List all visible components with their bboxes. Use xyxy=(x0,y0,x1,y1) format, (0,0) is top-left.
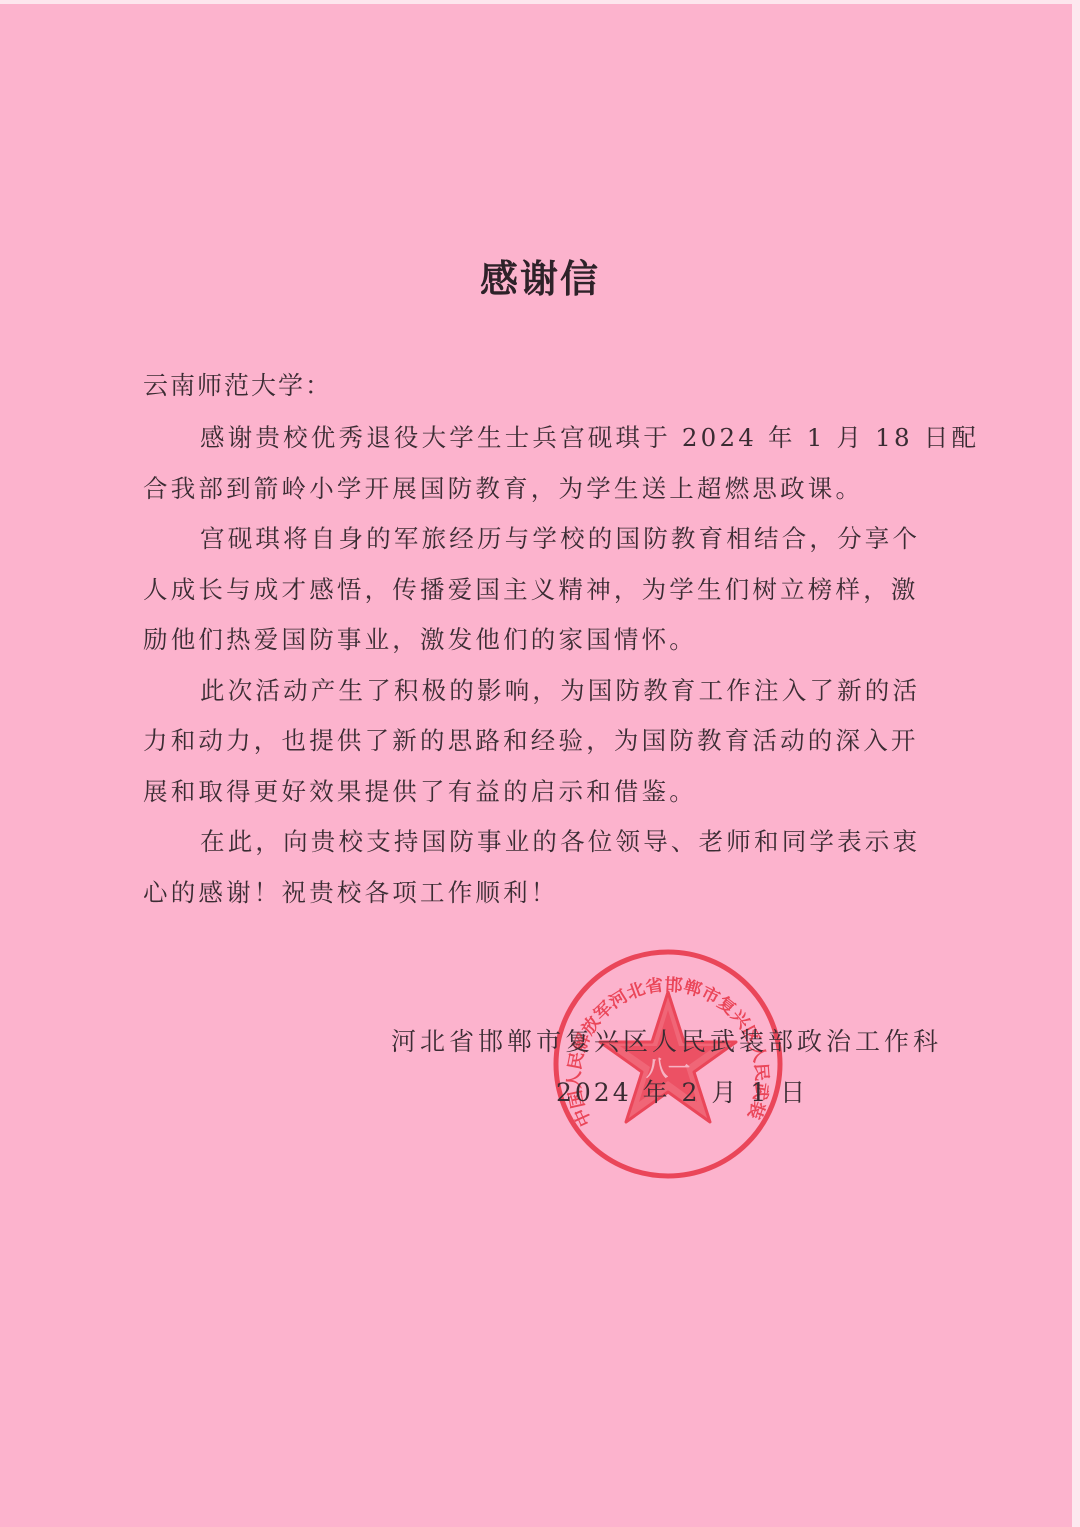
text-line: 感谢贵校优秀退役大学生士兵宫砚琪于 2024 年 1 月 18 日配 xyxy=(143,413,943,464)
paragraph-1: 感谢贵校优秀退役大学生士兵宫砚琪于 2024 年 1 月 18 日配 合我部到箭… xyxy=(143,413,943,514)
text-line: 励他们热爱国防事业，激发他们的家国情怀。 xyxy=(143,615,943,666)
paragraph-3: 此次活动产生了积极的影响，为国防教育工作注入了新的活 力和动力，也提供了新的思路… xyxy=(143,666,943,818)
letter-salutation: 云南师范大学： xyxy=(143,366,332,402)
paper-top-edge xyxy=(0,0,1080,4)
letter-date: 2024 年 2 月 1 日 xyxy=(556,1073,808,1109)
text-line: 心的感谢！祝贵校各项工作顺利！ xyxy=(143,868,943,919)
text-line: 在此，向贵校支持国防事业的各位领导、老师和同学表示衷 xyxy=(143,817,943,868)
paragraph-2: 宫砚琪将自身的军旅经历与学校的国防教育相结合，分享个 人成长与成才感悟，传播爱国… xyxy=(143,514,943,666)
paragraph-4: 在此，向贵校支持国防事业的各位领导、老师和同学表示衷 心的感谢！祝贵校各项工作顺… xyxy=(143,817,943,918)
text-line: 展和取得更好效果提供了有益的启示和借鉴。 xyxy=(143,767,943,818)
letter-title: 感谢信 xyxy=(0,248,1080,303)
text-line: 人成长与成才感悟，传播爱国主义精神，为学生们树立榜样，激 xyxy=(143,565,943,616)
text-line: 宫砚琪将自身的军旅经历与学校的国防教育相结合，分享个 xyxy=(143,514,943,565)
issuer-signature: 河北省邯郸市复兴区人民武装部政治工作科 xyxy=(390,1022,942,1058)
text-line: 此次活动产生了积极的影响，为国防教育工作注入了新的活 xyxy=(143,666,943,717)
official-seal: 中国人民解放军河北省邯郸市复兴区人民武装部政治工作科 八一 xyxy=(552,948,784,1180)
text-line: 力和动力，也提供了新的思路和经验，为国防教育活动的深入开 xyxy=(143,716,943,767)
text-line: 合我部到箭岭小学开展国防教育，为学生送上超燃思政课。 xyxy=(143,464,943,515)
letter-body: 感谢贵校优秀退役大学生士兵宫砚琪于 2024 年 1 月 18 日配 合我部到箭… xyxy=(143,413,943,918)
